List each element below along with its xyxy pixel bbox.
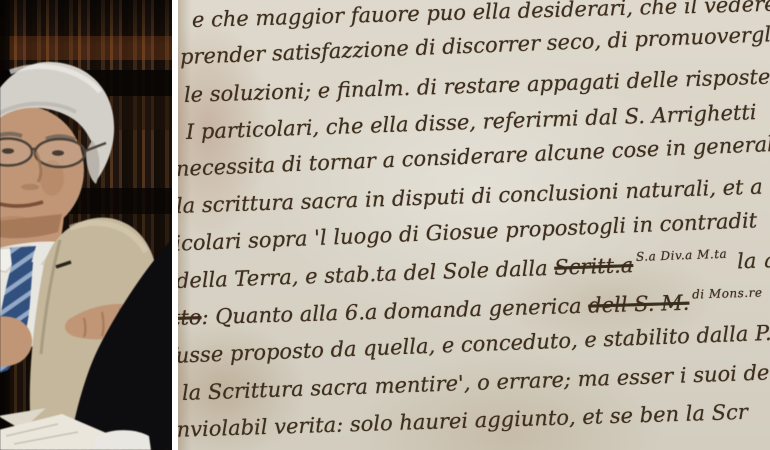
handwritten-text: par [765,287,770,312]
crossed-out-text: tto [178,306,202,331]
interlinear-insertion: S.a Div.a M.ta [636,247,728,264]
interlinear-insertion: di Mons.re [692,286,763,302]
handwritten-text: la qual che [730,245,770,273]
composite-image: e che maggior fauore puo ella desiderari… [0,0,770,450]
crossed-out-text: dell S. M. [588,291,690,318]
man-portrait [0,0,173,450]
crossed-out-text: Scritt.a [554,253,634,280]
handwritten-text: della Terra, e stab.ta del Sole dalla [178,256,555,293]
photo-panel [0,0,173,450]
manuscript-page: e che maggior fauore puo ella desiderari… [178,0,770,450]
manuscript-lines: e che maggior fauore puo ella desiderari… [178,0,770,450]
